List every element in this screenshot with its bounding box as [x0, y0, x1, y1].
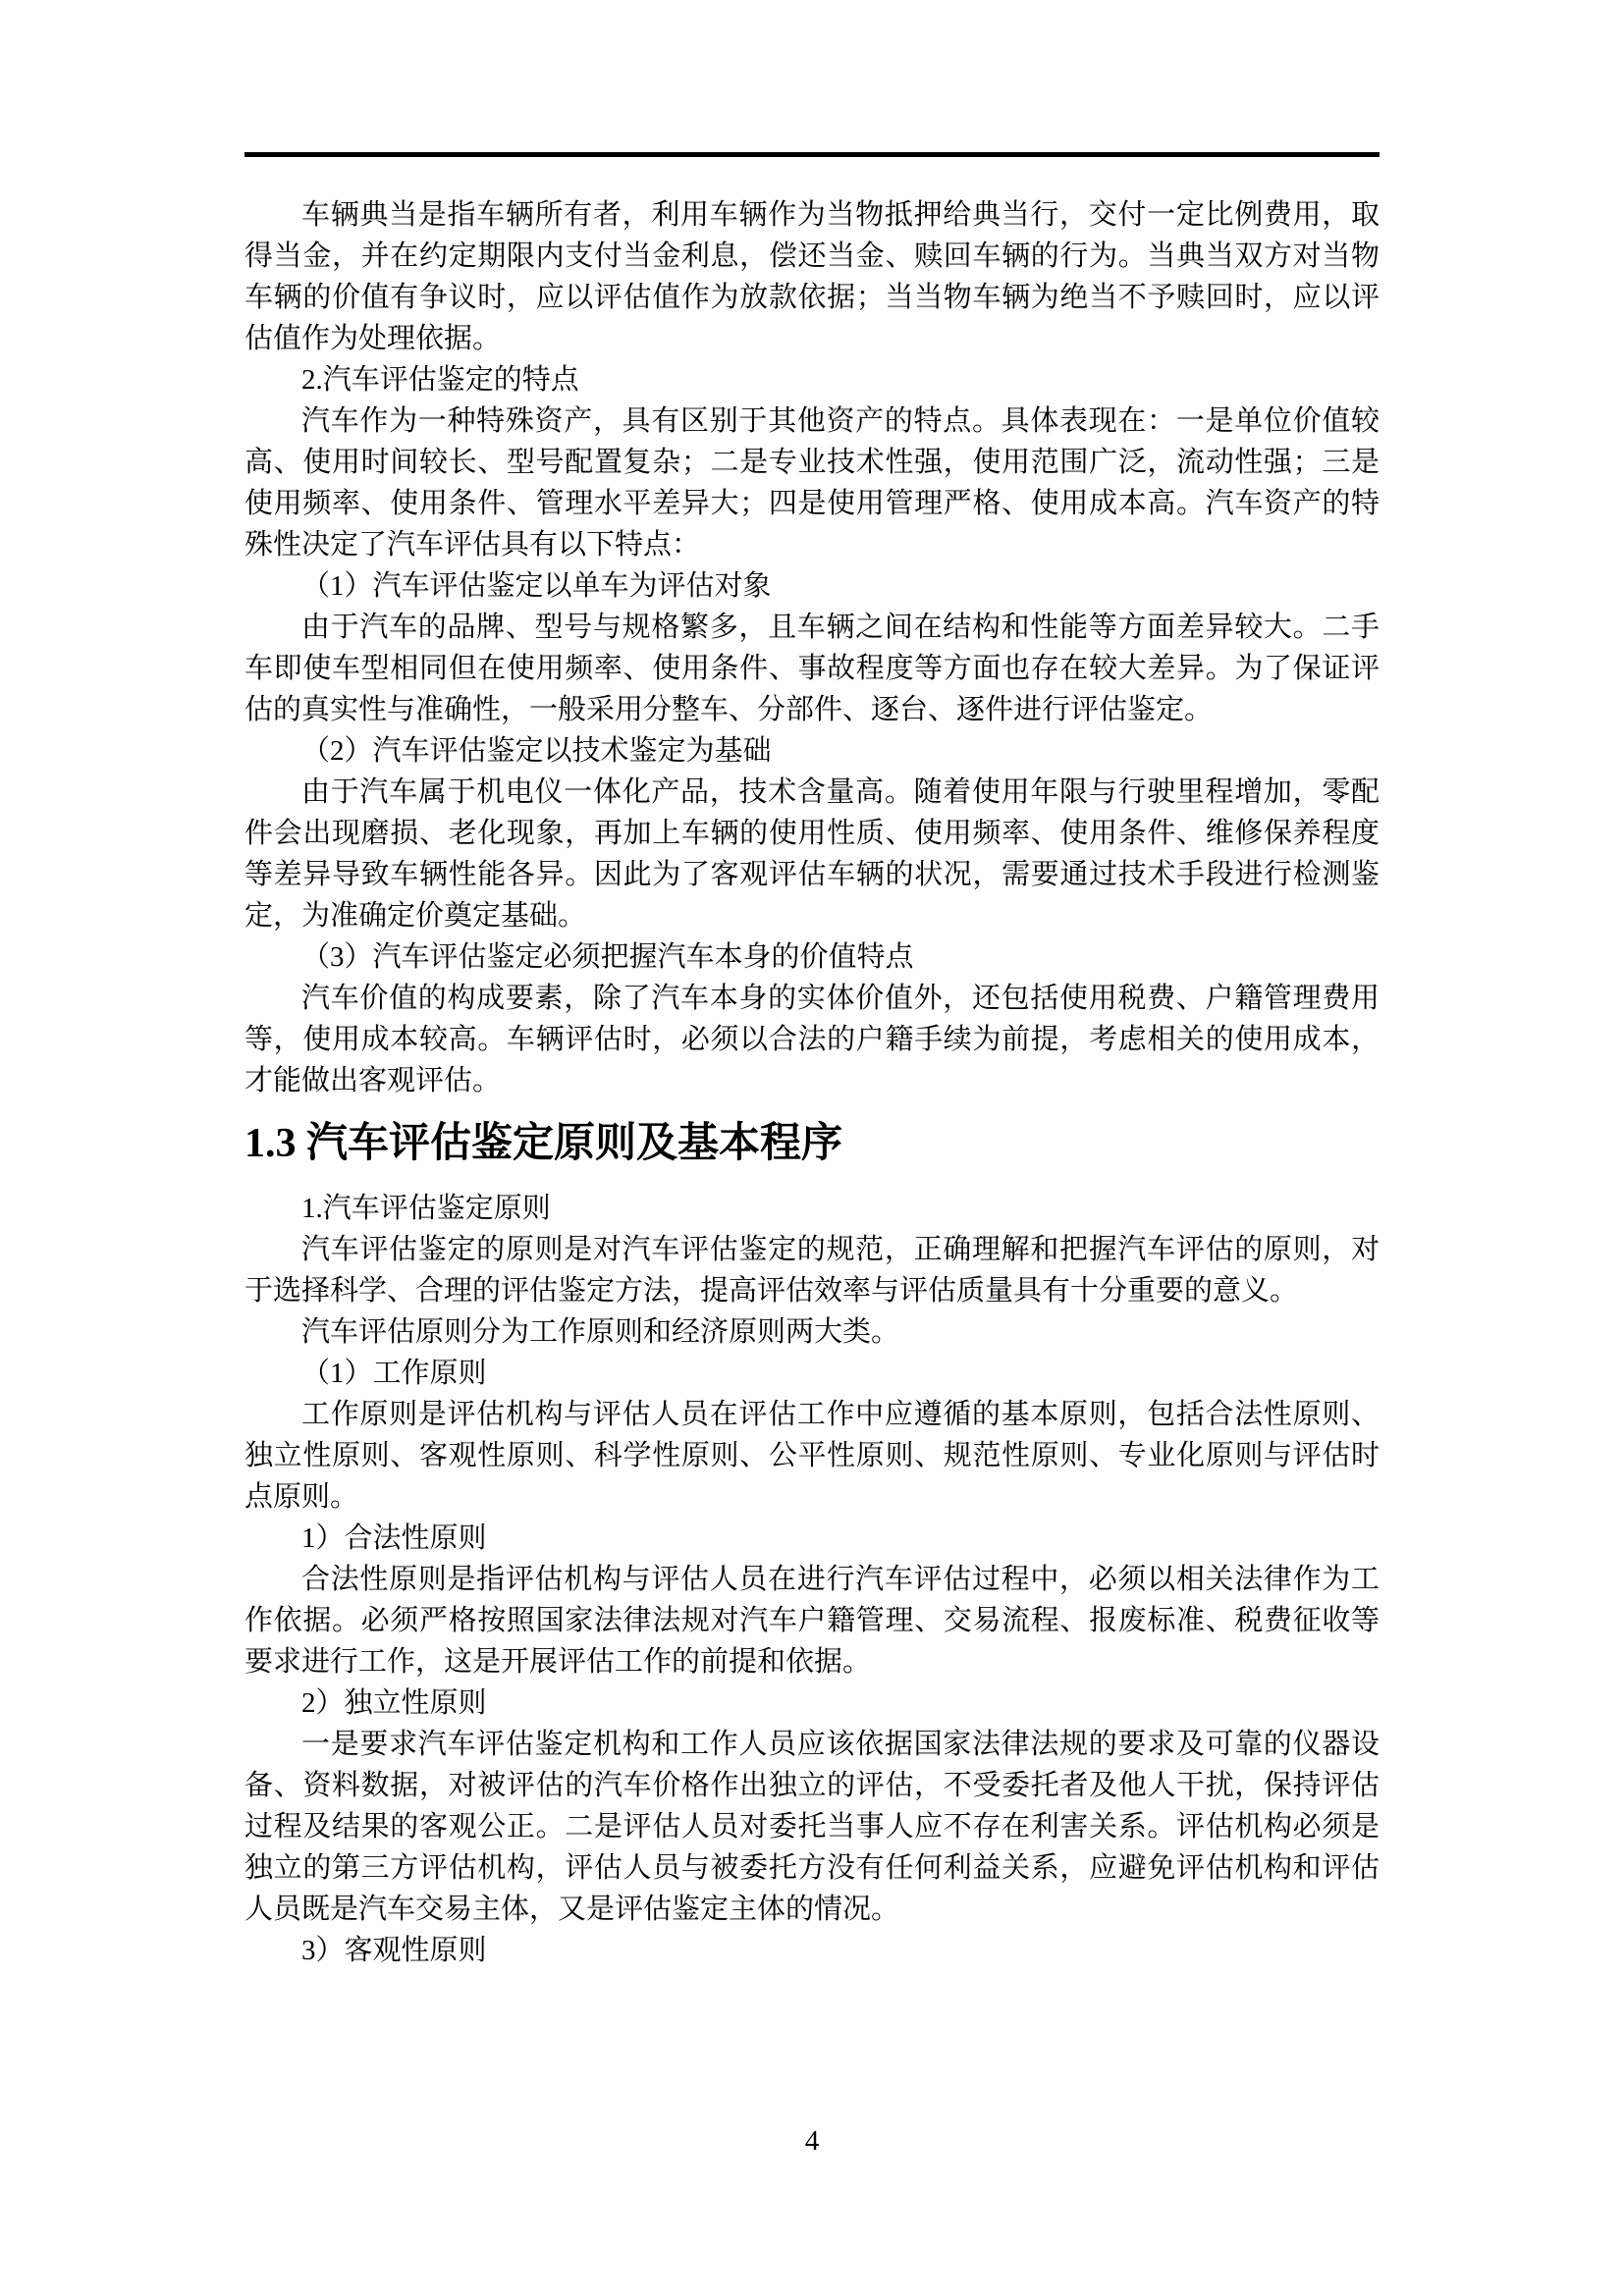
subheading-legality-principle: 1）合法性原则 [244, 1518, 1380, 1559]
page-number: 4 [0, 2120, 1624, 2162]
subheading-appraisal-principles: 1.汽车评估鉴定原则 [244, 1188, 1380, 1229]
paragraph-work-principles-detail: 工作原则是评估机构与评估人员在评估工作中应遵循的基本原则，包括合法性原则、独立性… [244, 1394, 1380, 1518]
paragraph-principle-categories: 汽车评估原则分为工作原则和经济原则两大类。 [244, 1311, 1380, 1353]
subheading-appraisal-features: 2.汽车评估鉴定的特点 [244, 359, 1380, 400]
paragraph-feature-3-detail: 汽车价值的构成要素，除了汽车本身的实体价值外，还包括使用税费、户籍管理费用等，使… [244, 978, 1380, 1101]
document-page: 车辆典当是指车辆所有者，利用车辆作为当物抵押给典当行，交付一定比例费用，取得当金… [0, 0, 1624, 2296]
paragraph-principles-intro: 汽车评估鉴定的原则是对汽车评估鉴定的规范，正确理解和把握汽车评估的原则，对于选择… [244, 1229, 1380, 1311]
subheading-feature-3: （3）汽车评估鉴定必须把握汽车本身的价值特点 [244, 936, 1380, 978]
subheading-independence-principle: 2）独立性原则 [244, 1682, 1380, 1724]
subheading-objectivity-principle: 3）客观性原则 [244, 1930, 1380, 1971]
subheading-feature-1: （1）汽车评估鉴定以单车为评估对象 [244, 565, 1380, 607]
subheading-feature-2: （2）汽车评估鉴定以技术鉴定为基础 [244, 730, 1380, 772]
paragraph-independence-detail: 一是要求汽车评估鉴定机构和工作人员应该依据国家法律法规的要求及可靠的仪器设备、资… [244, 1724, 1380, 1930]
paragraph-feature-2-detail: 由于汽车属于机电仪一体化产品，技术含量高。随着使用年限与行驶里程增加，零配件会出… [244, 772, 1380, 936]
page-content: 车辆典当是指车辆所有者，利用车辆作为当物抵押给典当行，交付一定比例费用，取得当金… [244, 194, 1380, 1971]
paragraph-vehicle-pawn: 车辆典当是指车辆所有者，利用车辆作为当物抵押给典当行，交付一定比例费用，取得当金… [244, 194, 1380, 359]
subheading-work-principles: （1）工作原则 [244, 1353, 1380, 1394]
paragraph-legality-detail: 合法性原则是指评估机构与评估人员在进行汽车评估过程中，必须以相关法律作为工作依据… [244, 1559, 1380, 1682]
paragraph-feature-1-detail: 由于汽车的品牌、型号与规格繁多，且车辆之间在结构和性能等方面差异较大。二手车即使… [244, 607, 1380, 730]
paragraph-special-asset: 汽车作为一种特殊资产，具有区别于其他资产的特点。具体表现在：一是单位价值较高、使… [244, 400, 1380, 565]
header-rule [244, 152, 1380, 157]
section-heading-1-3: 1.3 汽车评估鉴定原则及基本程序 [244, 1115, 1380, 1172]
